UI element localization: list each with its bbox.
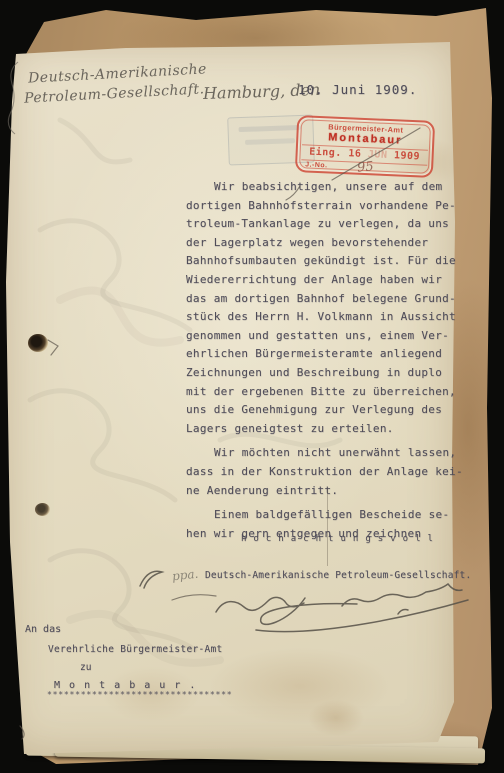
body-line: Zeichnungen und Beschreibung in duplo (186, 364, 454, 383)
body-line: Wir beabsichtigen, unsere auf dem (186, 178, 454, 197)
body-line: troleum-Tankanlage zu verlegen, da uns (186, 215, 454, 234)
closing-salutation: h o c h a c h t u n g s v o l l (241, 534, 434, 544)
scanned-letter-photo: Deutsch-Amerikanische Petroleum-Gesellsc… (0, 0, 504, 773)
body-line: uns die Genehmigung zur Verlegung des (186, 401, 454, 420)
body-line: genommen und gestatten uns, einem Ver- (186, 327, 454, 346)
address-office: Verehrliche Bürgermeister-Amt (48, 644, 223, 655)
body-line: dass in der Konstruktion der Anlage kei- (186, 463, 454, 482)
dateline-typed-date: 10. Juni 1909. (298, 82, 417, 97)
body-line: der Lagerplatz wegen bevorstehender (186, 234, 454, 253)
arrival-stamp-journal-number: 95 (356, 159, 374, 176)
arrival-stamp: Bürgermeister-Amt Montabaur Eing. 16 JUN… (295, 115, 435, 178)
letter-body: Wir beabsichtigen, unsere auf dem dortig… (186, 178, 454, 543)
body-line: Wiedererrichtung der Anlage haben wir (186, 271, 454, 290)
closing-company-typed: Deutsch-Amerikanische Petroleum-Gesellsc… (205, 570, 471, 581)
arrival-stamp-date-day: Eing. 16 (309, 147, 362, 160)
body-line: ne Aenderung eintritt. (186, 482, 454, 501)
punch-hole-bottom (35, 503, 50, 516)
body-line: mit der ergebenen Bitte zu überreichen, (186, 383, 454, 402)
paper-crease (327, 488, 328, 566)
address-town-underline: ********************************* (47, 690, 232, 699)
body-line: das am dortigen Bahnhof belegene Grund- (186, 290, 454, 309)
body-line: Wir möchten nicht unerwähnt lassen, (186, 444, 454, 463)
body-line: stück des Herrn H. Volkmann in Aussicht (186, 308, 454, 327)
arrival-stamp-journal-label: J.-No. (305, 161, 328, 169)
body-line: Bahnhofsumbauten gekündigt ist. Für die (186, 252, 454, 271)
body-line: dortigen Bahnhofsterrain vorhandene Pe- (186, 197, 454, 216)
address-zu: zu (80, 662, 91, 673)
closing-ppa-handwritten: ppa. (171, 567, 199, 584)
arrival-stamp-date-year: 1909 (394, 150, 421, 162)
body-line: ehrlichen Bürgermeisteramte anliegend (186, 345, 454, 364)
punch-hole-top (28, 334, 48, 352)
body-line: Lagers geneigtest zu erteilen. (186, 420, 454, 439)
address-to: An das (25, 624, 61, 635)
body-line: Einem baldgefälligen Bescheide se- (186, 506, 454, 525)
